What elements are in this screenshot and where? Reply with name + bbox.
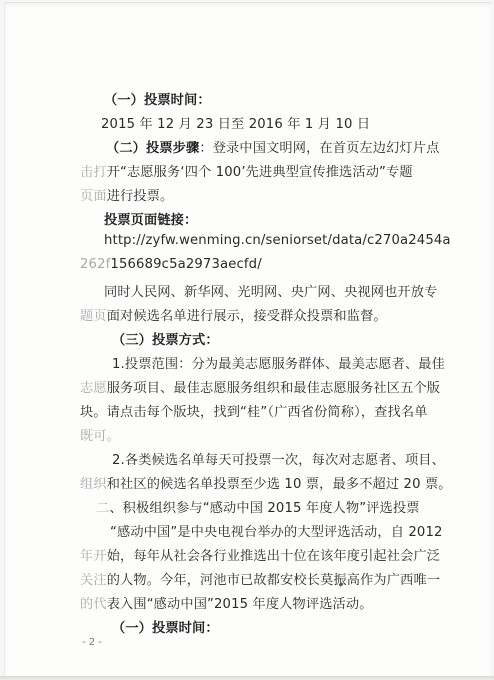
touching-china-line-2: 年开始，每年从社会各行业推选出十位在该年度引起社会广泛 — [80, 545, 440, 564]
voting-scope-line-3: 块。请点击每个版块，找到“桂”（广西省份简称），查找名单 — [80, 401, 428, 420]
touching-china-line-4: 的代表入围“感动中国”2015 年度人物评选活动。 — [80, 593, 373, 612]
media-paragraph: 同时人民网、新华网、光明网、央广网、央视网也开放专 — [104, 281, 437, 300]
heading-voting-link: 投票页面链接： — [104, 209, 197, 228]
page-bottom-edge — [0, 676, 494, 680]
heading-voting-time-2: （一）投票时间： — [112, 617, 219, 636]
voting-scope-line-4: 既可。 — [80, 425, 120, 444]
voting-rules-line-2: 组织和社区的候选名单投票至少选 10 票，最多不超过 20 票。 — [80, 473, 452, 492]
touching-china-paragraph: “感动中国”是中央电视台举办的大型评选活动，自 2012 — [110, 521, 443, 540]
heading-voting-method: （三）投票方式： — [112, 329, 219, 348]
voting-scope-line-2: 志愿服务项目、最佳志愿服务组织和最佳志愿服务社区五个版 — [80, 377, 440, 396]
voting-dates: 2015 年 12 月 23 日至 2016 年 1 月 10 日 — [101, 113, 370, 132]
section-two-heading: 二、积极组织参与“感动中国 2015 年度人物”评选投票 — [96, 497, 420, 516]
media-paragraph-line-2: 题页面对候选名单进行展示，接受群众投票和监督。 — [80, 305, 387, 324]
voting-scope-paragraph: 1.投票范围：分为最美志愿服务群体、最美志愿者、最佳 — [112, 353, 445, 372]
touching-china-line-3: 关注的人物。今年，河池市已故都安校长莫振高作为广西唯一 — [80, 569, 440, 588]
voting-steps-line-2: 击打开“志愿服务‘四个 100’先进典型宣传推选活动”专题 — [80, 161, 413, 180]
heading-voting-time: （一）投票时间： — [104, 89, 211, 108]
page-number: - 2 - — [82, 637, 102, 648]
voting-url-line-2: 262f156689c5a2973aecfd/ — [80, 257, 262, 272]
voting-url-line-1: http://zyfw.wenming.cn/seniorset/data/c2… — [104, 233, 451, 248]
voting-steps-paragraph: （二）投票步骤：登录中国文明网，在首页左边幻灯片点 — [106, 137, 439, 156]
voting-rules-paragraph: 2.各类候选名单每天可投票一次，每次对志愿者、项目、 — [112, 449, 445, 468]
voting-steps-line-3: 页面进行投票。 — [80, 185, 173, 204]
